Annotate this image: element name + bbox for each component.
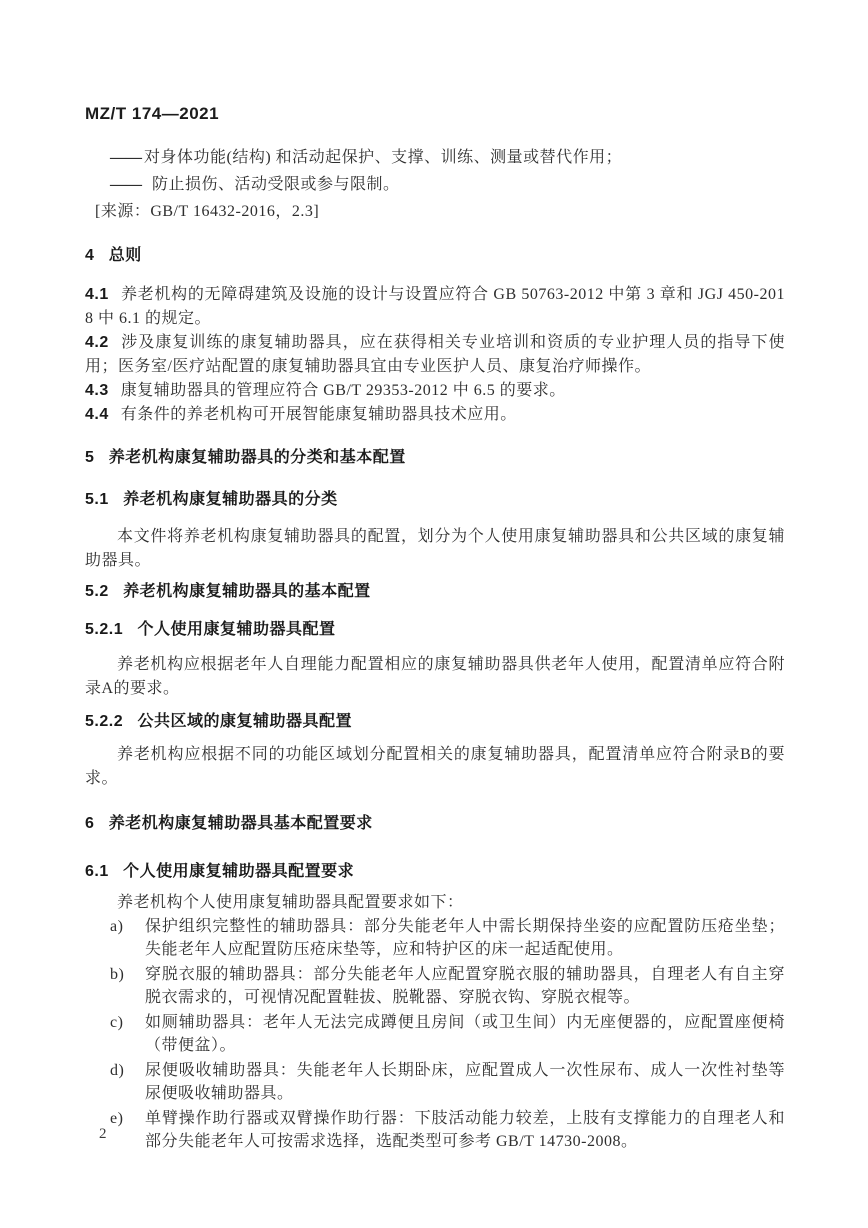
paragraph-5-2-1: 养老机构应根据老年人自理能力配置相应的康复辅助器具供老年人使用，配置清单应符合附…	[85, 653, 785, 701]
section-number: 6.1	[85, 863, 109, 880]
section-6-heading: 6养老机构康复辅助器具基本配置要求	[85, 813, 785, 835]
section-5-2-1-heading: 5.2.1个人使用康复辅助器具配置	[85, 619, 785, 641]
section-5-heading: 5养老机构康复辅助器具的分类和基本配置	[85, 447, 785, 469]
em-dash: ——	[110, 149, 142, 166]
document-content: ——对身体功能(结构) 和活动起保护、支撑、训练、测量或替代作用； ——防止损伤…	[85, 144, 785, 1153]
clause-4-2: 4.2涉及康复训练的康复辅助器具，应在获得相关专业培训和资质的专业护理人员的指导…	[85, 331, 785, 379]
clause-number: 4.2	[85, 334, 109, 351]
section-4-heading: 4总则	[85, 245, 785, 267]
section-title: 养老机构康复辅助器具基本配置要求	[109, 815, 373, 832]
list-letter: a)	[110, 915, 123, 938]
paragraph-5-2-2: 养老机构应根据不同的功能区域划分配置相关的康复辅助器具，配置清单应符合附录B的要…	[85, 743, 785, 791]
section-title: 总则	[109, 247, 142, 264]
document-page: MZ/T 174—2021 ——对身体功能(结构) 和活动起保护、支撑、训练、测…	[0, 0, 868, 1228]
section-4-clauses: 4.1养老机构的无障碍建筑及设施的设计与设置应符合 GB 50763-2012 …	[85, 283, 785, 427]
clause-4-4: 4.4有条件的养老机构可开展智能康复辅助器具技术应用。	[85, 403, 785, 427]
dash-item-text: 防止损伤、活动受限或参与限制。	[152, 176, 400, 193]
list-item: a)保护组织完整性的辅助器具：部分失能老年人中需长期保持坐姿的应配置防压疮坐垫；…	[85, 915, 785, 961]
clause-4-3: 4.3康复辅助器具的管理应符合 GB/T 29353-2012 中 6.5 的要…	[85, 379, 785, 403]
clause-number: 4.4	[85, 406, 109, 423]
list-letter: e)	[110, 1107, 123, 1130]
section-title: 养老机构康复辅助器具的分类	[123, 491, 338, 508]
list-item-text: 保护组织完整性的辅助器具：部分失能老年人中需长期保持坐姿的应配置防压疮坐垫；失能…	[145, 918, 785, 958]
paragraph-6-1-intro: 养老机构个人使用康复辅助器具配置要求如下：	[85, 891, 785, 915]
section-number: 5.2	[85, 583, 109, 600]
lettered-list: a)保护组织完整性的辅助器具：部分失能老年人中需长期保持坐姿的应配置防压疮坐垫；…	[85, 915, 785, 1153]
clause-text: 涉及康复训练的康复辅助器具，应在获得相关专业培训和资质的专业护理人员的指导下使用…	[85, 334, 785, 375]
dash-list-item: ——对身体功能(结构) 和活动起保护、支撑、训练、测量或替代作用；	[110, 144, 785, 171]
list-item: b)穿脱衣服的辅助器具：部分失能老年人应配置穿脱衣服的辅助器具，自理老人有自主穿…	[85, 963, 785, 1009]
list-item: e)单臂操作助行器或双臂操作助行器：下肢活动能力较差，上肢有支撑能力的自理老人和…	[85, 1107, 785, 1153]
section-number: 4	[85, 247, 94, 264]
section-number: 5.2.1	[85, 621, 123, 638]
list-item-text: 尿便吸收辅助器具：失能老年人长期卧床，应配置成人一次性尿布、成人一次性衬垫等尿便…	[145, 1062, 785, 1102]
dash-list-item: ——防止损伤、活动受限或参与限制。	[110, 171, 785, 198]
section-5-2-heading: 5.2养老机构康复辅助器具的基本配置	[85, 581, 785, 603]
list-item-text: 穿脱衣服的辅助器具：部分失能老年人应配置穿脱衣服的辅助器具，自理老人有自主穿脱衣…	[145, 966, 785, 1006]
section-title: 个人使用康复辅助器具配置	[137, 621, 335, 638]
clause-text: 康复辅助器具的管理应符合 GB/T 29353-2012 中 6.5 的要求。	[121, 382, 566, 399]
section-title: 养老机构康复辅助器具的分类和基本配置	[109, 449, 406, 466]
list-letter: c)	[110, 1011, 123, 1034]
clause-text: 有条件的养老机构可开展智能康复辅助器具技术应用。	[121, 406, 517, 423]
dash-item-text: 对身体功能(结构) 和活动起保护、支撑、训练、测量或替代作用；	[144, 149, 622, 166]
section-title: 养老机构康复辅助器具的基本配置	[123, 583, 371, 600]
list-item-text: 如厕辅助器具：老年人无法完成蹲便且房间（或卫生间）内无座便器的，应配置座便椅（带…	[145, 1014, 785, 1054]
list-item: c)如厕辅助器具：老年人无法完成蹲便且房间（或卫生间）内无座便器的，应配置座便椅…	[85, 1011, 785, 1057]
section-number: 5.2.2	[85, 713, 123, 730]
page-number: 2	[99, 1126, 107, 1143]
list-item: d)尿便吸收辅助器具：失能老年人长期卧床，应配置成人一次性尿布、成人一次性衬垫等…	[85, 1059, 785, 1105]
section-5-1-heading: 5.1养老机构康复辅助器具的分类	[85, 489, 785, 511]
section-5-2-2-heading: 5.2.2公共区域的康复辅助器具配置	[85, 711, 785, 733]
section-number: 6	[85, 815, 94, 832]
section-number: 5	[85, 449, 94, 466]
section-title: 个人使用康复辅助器具配置要求	[123, 863, 354, 880]
list-letter: d)	[110, 1059, 124, 1082]
source-note: [来源：GB/T 16432-2016，2.3]	[95, 198, 785, 225]
clause-4-1: 4.1养老机构的无障碍建筑及设施的设计与设置应符合 GB 50763-2012 …	[85, 283, 785, 331]
section-number: 5.1	[85, 491, 109, 508]
clause-text: 养老机构的无障碍建筑及设施的设计与设置应符合 GB 50763-2012 中第 …	[85, 286, 785, 327]
list-item-text: 单臂操作助行器或双臂操作助行器：下肢活动能力较差，上肢有支撑能力的自理老人和部分…	[145, 1110, 785, 1150]
clause-number: 4.3	[85, 382, 109, 399]
list-letter: b)	[110, 963, 124, 986]
section-title: 公共区域的康复辅助器具配置	[137, 713, 352, 730]
section-6-1-heading: 6.1个人使用康复辅助器具配置要求	[85, 861, 785, 883]
document-code-header: MZ/T 174—2021	[85, 104, 785, 124]
em-dash: ——	[110, 176, 142, 193]
clause-number: 4.1	[85, 286, 109, 303]
paragraph-5-1: 本文件将养老机构康复辅助器具的配置，划分为个人使用康复辅助器具和公共区域的康复辅…	[85, 525, 785, 573]
